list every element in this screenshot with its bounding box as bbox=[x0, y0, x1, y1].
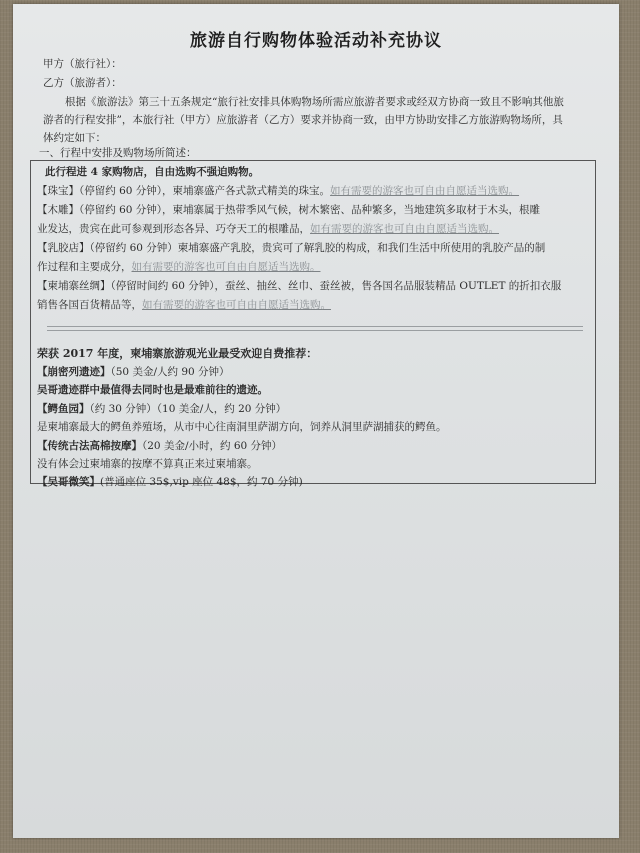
shop-item-cont: 作过程和主要成分，如有需要的游客也可自由自愿适当选购。 bbox=[37, 259, 321, 274]
optional-item: 【崩密列遗迹】（50 美金/人约 90 分钟） bbox=[37, 364, 230, 379]
shop-item: 【珠宝】（停留约 60 分钟），柬埔寨盛产各式款式精美的珠宝。如有需要的游客也可… bbox=[37, 183, 519, 198]
intro-line: 游者的行程安排”，本旅行社（甲方）应旅游者（乙方）要求并协商一致，由甲方协助安排… bbox=[43, 112, 563, 127]
party-a-label: 甲方（旅行社）： bbox=[43, 56, 122, 71]
shops-intro: 此行程进 4 家购物店，自由选购不强迫购物。 bbox=[45, 164, 259, 179]
shop-item: 【柬埔寨丝绸】（停留时间约 60 分钟），蚕丝、抽丝、丝巾、蚕丝被，售各国名品服… bbox=[37, 278, 561, 293]
document-title: 旅游自行购物体验活动补充协议 bbox=[13, 26, 619, 51]
divider bbox=[47, 330, 583, 331]
shop-item: 【木雕】（停留约 60 分钟），柬埔寨属于热带季风气候，树木繁密、品种繁多，当地… bbox=[37, 202, 540, 217]
optional-desc: 没有体会过柬埔寨的按摩不算真正来过柬埔寨。 bbox=[37, 456, 258, 471]
itinerary-box: 此行程进 4 家购物店，自由选购不强迫购物。 【珠宝】（停留约 60 分钟），柬… bbox=[30, 160, 596, 484]
optional-heading: 荣获 2017 年度，柬埔寨旅游观光业最受欢迎自费推荐： bbox=[37, 345, 317, 361]
divider bbox=[47, 326, 583, 327]
shop-item-cont: 业发达，贵宾在此可参观到形态各异、巧夺天工的根雕品，如有需要的游客也可自由自愿适… bbox=[37, 221, 499, 236]
optional-desc: 吴哥遗迹群中最值得去同时也是最难前往的遗迹。 bbox=[37, 382, 268, 397]
intro-line: 根据《旅游法》第三十五条规定“旅行社安排具体购物场所需应旅游者要求或经双方协商一… bbox=[65, 94, 564, 109]
agreement-paper: 旅游自行购物体验活动补充协议 甲方（旅行社）： 乙方（旅游者）： 根据《旅游法》… bbox=[13, 4, 619, 838]
intro-line: 体约定如下： bbox=[43, 130, 106, 145]
shop-item: 【乳胶店】（停留约 60 分钟）柬埔寨盛产乳胶，贵宾可了解乳胶的构成，和我们生活… bbox=[37, 240, 545, 255]
section1-heading: 一、行程中安排及购物场所简述： bbox=[39, 145, 197, 160]
optional-item: 【吴哥微笑】(普通座位 35$,vip 座位 48$，约 70 分钟) bbox=[37, 474, 303, 489]
optional-item: 【传统古法高棉按摩】（20 美金/小时，约 60 分钟） bbox=[37, 438, 282, 453]
optional-item: 【鳄鱼园】（约 30 分钟）（10 美金/人，约 20 分钟） bbox=[37, 401, 286, 416]
party-b-label: 乙方（旅游者）： bbox=[43, 75, 122, 90]
optional-desc: 是柬埔寨最大的鳄鱼养殖场，从市中心往南洞里萨湖方向，饲养从洞里萨湖捕获的鳄鱼。 bbox=[37, 419, 447, 434]
shop-item-cont: 销售各国百货精品等，如有需要的游客也可自由自愿适当选购。 bbox=[37, 297, 331, 312]
